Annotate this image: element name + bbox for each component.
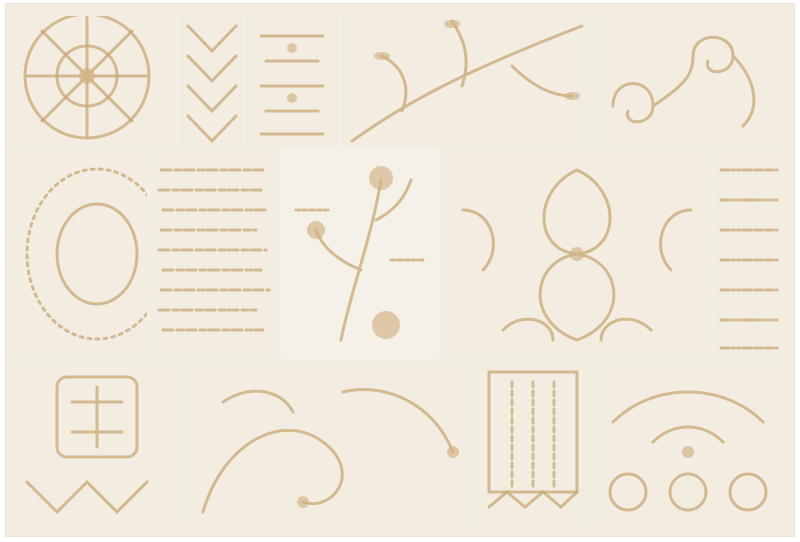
panel-scrollwork: [593, 16, 783, 146]
panel-diamond-lattice: [180, 16, 244, 146]
panel-leafy-vine: [342, 16, 590, 146]
panel-arched-panel: [477, 362, 589, 524]
panel-rosette-border: [593, 362, 783, 524]
panel-small-motif-tiles: [246, 16, 338, 146]
panel-faded-script: [151, 150, 277, 358]
panel-botanical-sketch: [281, 150, 439, 358]
rug: [6, 4, 794, 536]
panel-stripes: [715, 150, 783, 358]
panel-lace-medallion: [17, 150, 147, 358]
panel-ornamental-frame: [17, 362, 179, 524]
panel-medallion: [17, 16, 175, 146]
panel-damask: [443, 150, 711, 358]
panel-paisley-floral: [183, 362, 473, 524]
rug-field: [17, 16, 783, 524]
